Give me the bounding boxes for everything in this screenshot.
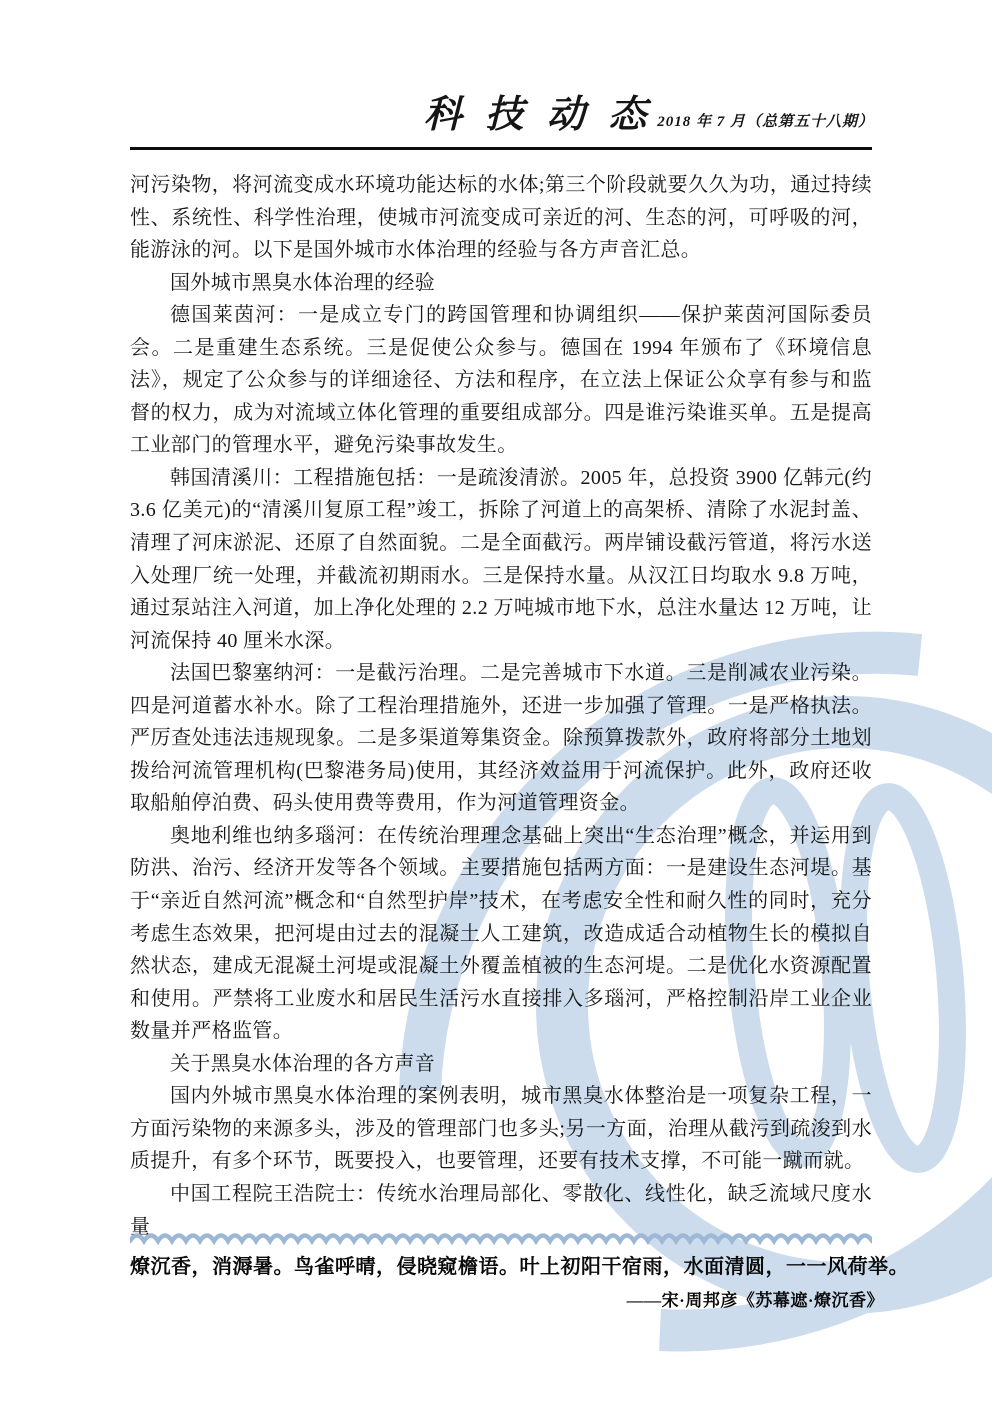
body-paragraph: 国外城市黑臭水体治理的经验 — [130, 267, 872, 300]
body-paragraph: 德国莱茵河：一是成立专门的跨国管理和协调组织——保护莱茵河国际委员会。二是重建生… — [130, 299, 872, 462]
body-paragraph: 韩国清溪川：工程措施包括：一是疏浚清淤。2005 年，总投资 3900 亿韩元(… — [130, 462, 872, 657]
issue-info: 2018 年 7 月（总第五十八期） — [657, 110, 874, 134]
body-paragraph: 河污染物，将河流变成水环境功能达标的水体;第三个阶段就要久久为功，通过持续性、系… — [130, 169, 872, 267]
article-body: 河污染物，将河流变成水环境功能达标的水体;第三个阶段就要久久为功，通过持续性、系… — [130, 169, 872, 1243]
wave-divider — [130, 1230, 872, 1246]
footer-poem: 燎沉香，消溽暑。鸟雀呼晴，侵晓窥檐语。叶上初阳干宿雨，水面清圆，一一风荷举。 — [130, 1250, 872, 1279]
header-rule — [130, 147, 872, 150]
newsletter-title: 科 技 动 态 — [424, 96, 654, 134]
wave-divider-icon — [130, 1230, 872, 1246]
poem-attribution: ——宋·周邦彦《苏幕遮·燎沉香》 — [627, 1286, 884, 1311]
body-paragraph: 国内外城市黑臭水体治理的案例表明，城市黑臭水体整治是一项复杂工程，一方面污染物的… — [130, 1080, 872, 1178]
newsletter-page: 科 技 动 态 2018 年 7 月（总第五十八期） 河污染物，将河流变成水环境… — [0, 0, 992, 1403]
body-paragraph: 法国巴黎塞纳河：一是截污治理。二是完善城市下水道。三是削减农业污染。四是河道蓄水… — [130, 657, 872, 820]
body-paragraph: 奥地利维也纳多瑙河：在传统治理理念基础上突出“生态治理”概念，并运用到防洪、治污… — [130, 820, 872, 1048]
page-header: 科 技 动 态 2018 年 7 月（总第五十八期） — [424, 96, 874, 134]
body-paragraph: 关于黑臭水体治理的各方声音 — [130, 1048, 872, 1081]
